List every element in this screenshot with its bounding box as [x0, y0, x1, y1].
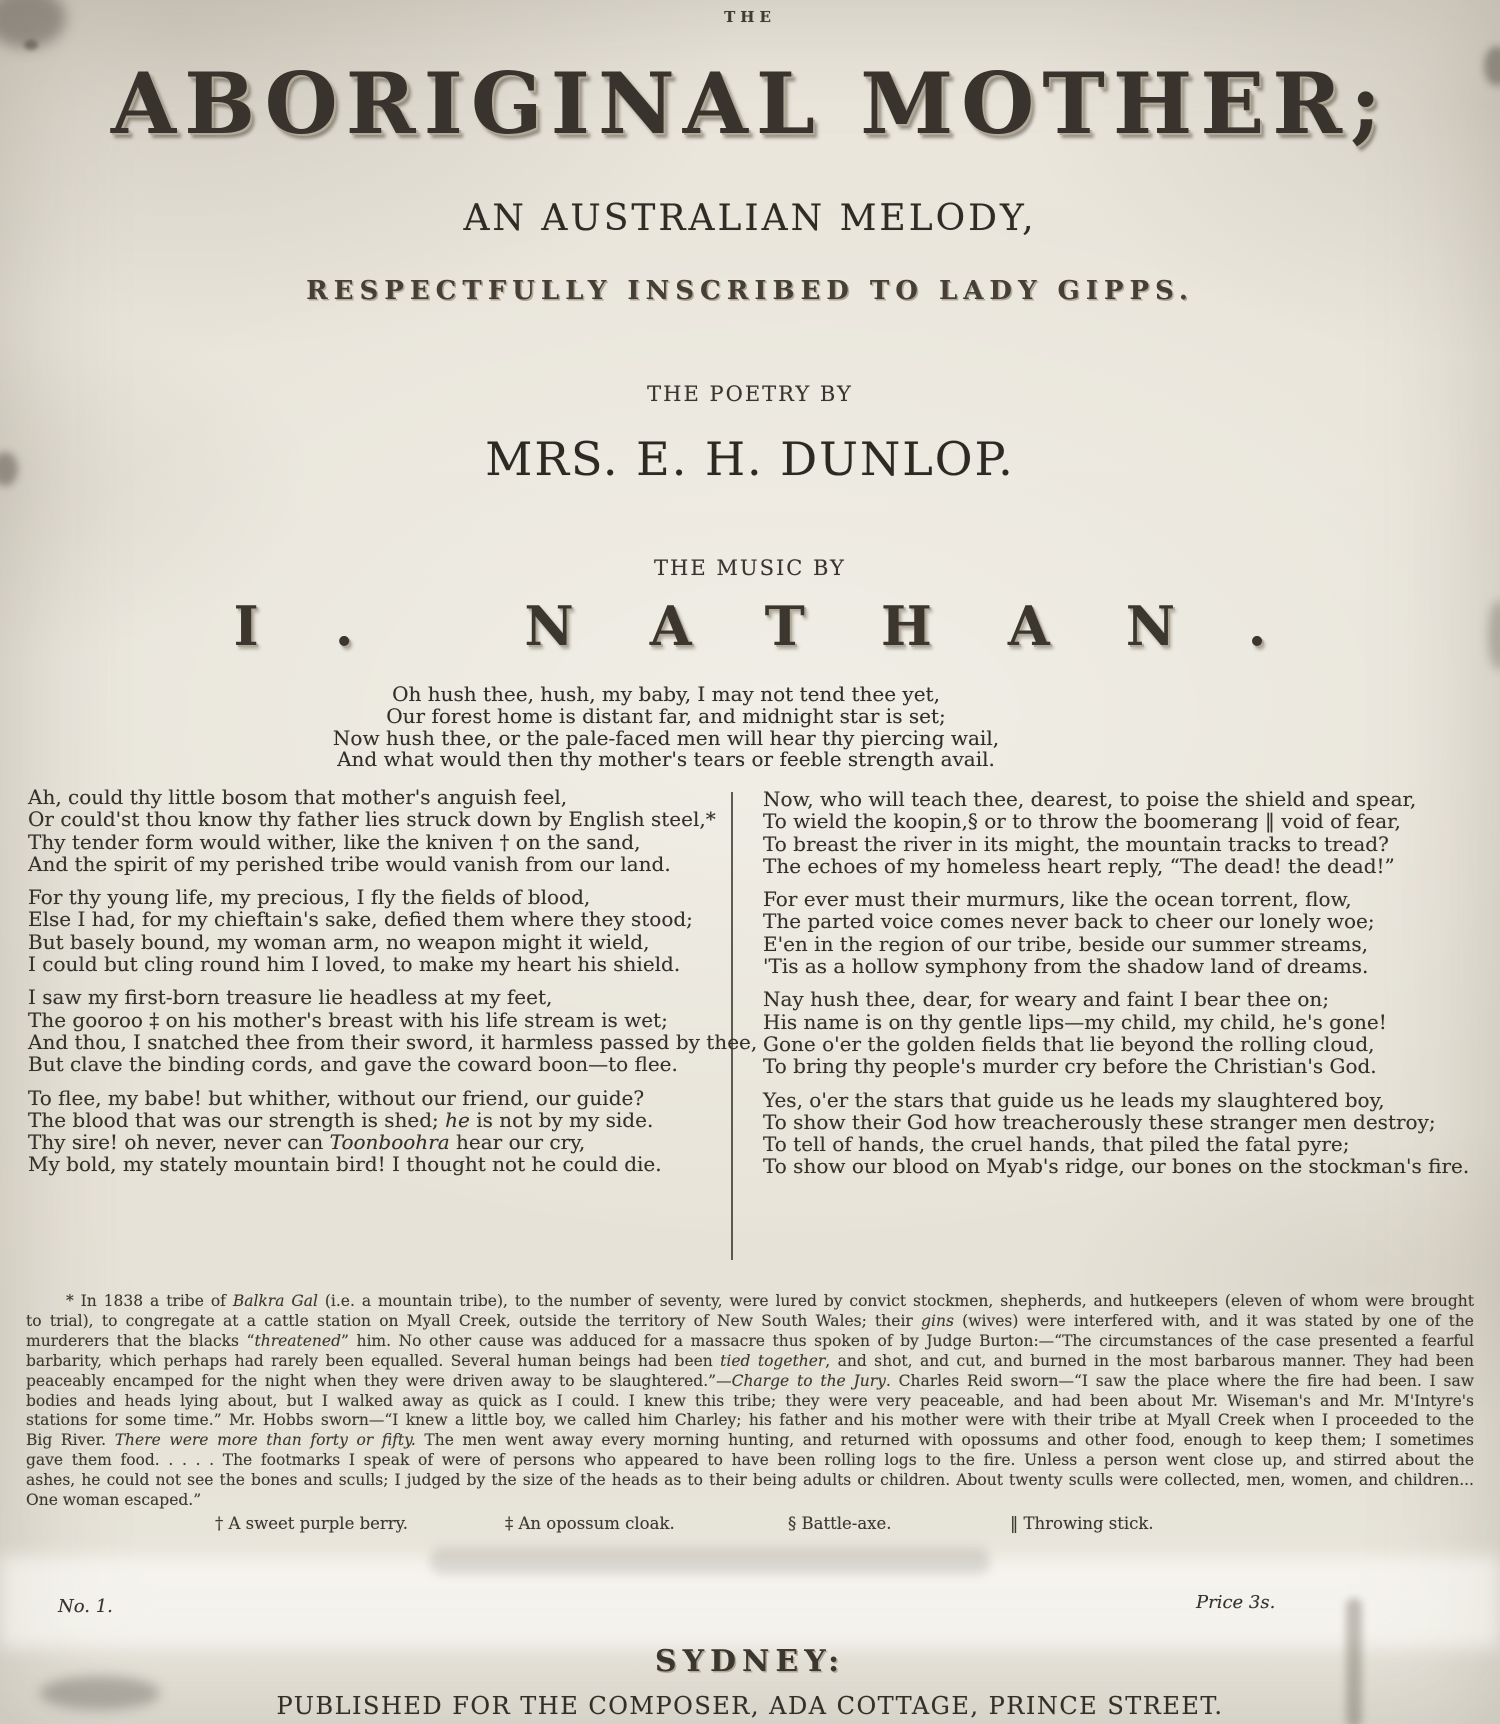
- opening-line: Oh hush thee, hush, my baby, I may not t…: [0, 684, 1332, 706]
- footnote-line: murderers that the blacks “threatened” h…: [26, 1332, 1474, 1352]
- imprint-city: SYDNEY:: [0, 1644, 1500, 1679]
- price: Price 3s.: [1196, 1592, 1275, 1613]
- music-by-label: THE MUSIC BY: [0, 556, 1500, 580]
- verse-line: The parted voice comes never back to che…: [763, 910, 1469, 932]
- paper-stain: [430, 1548, 990, 1574]
- massacre-footnote: * In 1838 a tribe of Balkra Gal (i.e. a …: [26, 1292, 1474, 1511]
- verse-line: Nay hush thee, dear, for weary and faint…: [763, 988, 1469, 1010]
- footnote-line: * In 1838 a tribe of Balkra Gal (i.e. a …: [26, 1292, 1474, 1312]
- verse-line: Thy sire! oh never, never can Toonboohra…: [28, 1131, 757, 1153]
- verse-line: For thy young life, my precious, I fly t…: [28, 886, 757, 908]
- stanza: For ever must their murmurs, like the oc…: [763, 888, 1469, 977]
- verse-line: My bold, my stately mountain bird! I tho…: [28, 1153, 757, 1175]
- stanza: Now, who will teach thee, dearest, to po…: [763, 788, 1469, 877]
- stanza: I saw my first-born treasure lie headles…: [28, 986, 757, 1075]
- verse-line: To breast the river in its might, the mo…: [763, 833, 1469, 855]
- poetry-by-label: THE POETRY BY: [0, 382, 1500, 406]
- glossary-item: † A sweet purple berry.: [215, 1514, 408, 1533]
- verse-line: I could but cling round him I loved, to …: [28, 953, 757, 975]
- stanza: Ah, could thy little bosom that mother's…: [28, 786, 757, 875]
- opening-line: Our forest home is distant far, and midn…: [0, 706, 1332, 728]
- verse-line: To show their God how treacherously thes…: [763, 1111, 1469, 1133]
- footnote-line: Big River. There were more than forty or…: [26, 1431, 1474, 1451]
- verse-line: The gooroo ‡ on his mother's breast with…: [28, 1009, 757, 1031]
- stanza: Yes, o'er the stars that guide us he lea…: [763, 1089, 1469, 1178]
- subtitle: AN AUSTRALIAN MELODY,: [0, 198, 1500, 239]
- verse-line: The blood that was our strength is shed;…: [28, 1109, 757, 1131]
- right-verse-column: Now, who will teach thee, dearest, to po…: [763, 788, 1469, 1189]
- sheet-music-title-page: THE ABORIGINAL MOTHER; AN AUSTRALIAN MEL…: [0, 0, 1500, 1724]
- header-the: THE: [0, 8, 1500, 26]
- footnote-line: stations for some time.” Mr. Hobbs sworn…: [26, 1411, 1474, 1431]
- stanza: Nay hush thee, dear, for weary and faint…: [763, 988, 1469, 1077]
- paper-stain: [24, 40, 38, 50]
- footnote-line: peaceably encamped for the night when th…: [26, 1372, 1474, 1392]
- footnote-line: ashes, he could not see the bones and sc…: [26, 1471, 1474, 1491]
- imprint-publisher: PUBLISHED FOR THE COMPOSER, ADA COTTAGE,…: [0, 1692, 1500, 1720]
- footnote-line: barbarity, which perhaps had rarely been…: [26, 1352, 1474, 1372]
- verse-line: Ah, could thy little bosom that mother's…: [28, 786, 757, 808]
- verse-line: Now, who will teach thee, dearest, to po…: [763, 788, 1469, 810]
- verse-line: For ever must their murmurs, like the oc…: [763, 888, 1469, 910]
- opening-line: And what would then thy mother's tears o…: [0, 749, 1332, 771]
- dedication: RESPECTFULLY INSCRIBED TO LADY GIPPS.: [0, 276, 1500, 306]
- left-verse-column: Ah, could thy little bosom that mother's…: [28, 786, 757, 1187]
- opening-line: Now hush thee, or the pale-faced men wil…: [0, 728, 1332, 750]
- stanza: For thy young life, my precious, I fly t…: [28, 886, 757, 975]
- verse-line: The echoes of my homeless heart reply, “…: [763, 855, 1469, 877]
- verse-line: But clave the binding cords, and gave th…: [28, 1053, 757, 1075]
- footnote-line: gave them food. . . . . The footmarks I …: [26, 1451, 1474, 1471]
- verse-line: To bring thy people's murder cry before …: [763, 1055, 1469, 1077]
- verse-line: Yes, o'er the stars that guide us he lea…: [763, 1089, 1469, 1111]
- composer-name: I. NATHAN.: [0, 594, 1500, 658]
- verse-line: And the spirit of my perished tribe woul…: [28, 853, 757, 875]
- verse-line: I saw my first-born treasure lie headles…: [28, 986, 757, 1008]
- verse-line: Thy tender form would wither, like the k…: [28, 831, 757, 853]
- stanza: To flee, my babe! but whither, without o…: [28, 1087, 757, 1176]
- glossary-item: § Battle-axe.: [788, 1514, 892, 1533]
- footnote-line: to trial), to congregate at a cattle sta…: [26, 1312, 1474, 1332]
- footnote-line: bodies and heads lying about, but I walk…: [26, 1392, 1474, 1412]
- footnote-line: One woman escaped.”: [26, 1491, 1474, 1511]
- verse-line: E'en in the region of our tribe, beside …: [763, 933, 1469, 955]
- verse-line: To show our blood on Myab's ridge, our b…: [763, 1155, 1469, 1177]
- column-divider: [731, 792, 733, 1260]
- plate-number: No. 1.: [58, 1596, 113, 1617]
- opening-stanza: Oh hush thee, hush, my baby, I may not t…: [0, 684, 1332, 771]
- verse-line: To tell of hands, the cruel hands, that …: [763, 1133, 1469, 1155]
- verse-line: Else I had, for my chieftain's sake, def…: [28, 908, 757, 930]
- verse-line: Gone o'er the golden fields that lie bey…: [763, 1033, 1469, 1055]
- poet-name: MRS. E. H. DUNLOP.: [0, 432, 1500, 486]
- glossary-item: ‡ An opossum cloak.: [505, 1514, 675, 1533]
- main-title: ABORIGINAL MOTHER;: [0, 54, 1500, 153]
- verse-line: But basely bound, my woman arm, no weapo…: [28, 931, 757, 953]
- verse-line: His name is on thy gentle lips—my child,…: [763, 1011, 1469, 1033]
- verse-line: Or could'st thou know thy father lies st…: [28, 808, 757, 830]
- verse-line: 'Tis as a hollow symphony from the shado…: [763, 955, 1469, 977]
- verse-line: To wield the koopin,§ or to throw the bo…: [763, 810, 1469, 832]
- glossary-item: ‖ Throwing stick.: [1010, 1514, 1154, 1533]
- verse-line: To flee, my babe! but whither, without o…: [28, 1087, 757, 1109]
- verse-line: And thou, I snatched thee from their swo…: [28, 1031, 757, 1053]
